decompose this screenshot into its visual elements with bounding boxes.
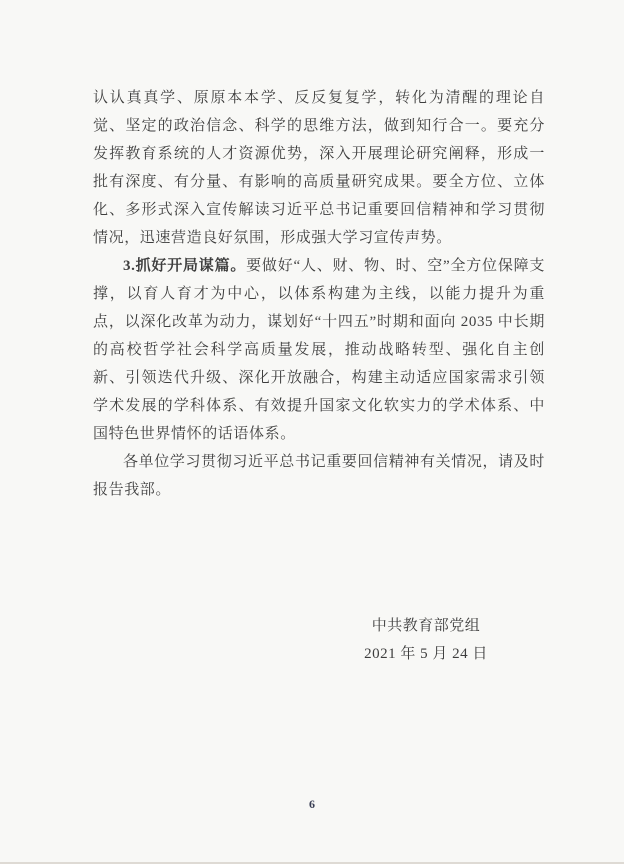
signature-date: 2021 年 5 月 24 日: [300, 640, 552, 668]
paragraph: 3.抓好开局谋篇。要做好“人、财、物、时、空”全方位保障支撑，以育人育才为中心，…: [93, 252, 545, 448]
paragraph-lead-bold: 3.抓好开局谋篇。: [123, 258, 246, 274]
document-body: 认认真真学、原原本本学、反反复复学，转化为清醒的理论自觉、坚定的政治信念、科学的…: [93, 84, 545, 504]
signature-org: 中共教育部党组: [300, 612, 552, 640]
paragraph: 各单位学习贯彻习近平总书记重要回信精神有关情况，请及时报告我部。: [93, 448, 545, 504]
document-page: 认认真真学、原原本本学、反反复复学，转化为清醒的理论自觉、坚定的政治信念、科学的…: [0, 0, 624, 864]
paragraph: 认认真真学、原原本本学、反反复复学，转化为清醒的理论自觉、坚定的政治信念、科学的…: [93, 84, 545, 252]
page-number: 6: [0, 797, 624, 812]
signature-block: 中共教育部党组 2021 年 5 月 24 日: [300, 612, 552, 668]
